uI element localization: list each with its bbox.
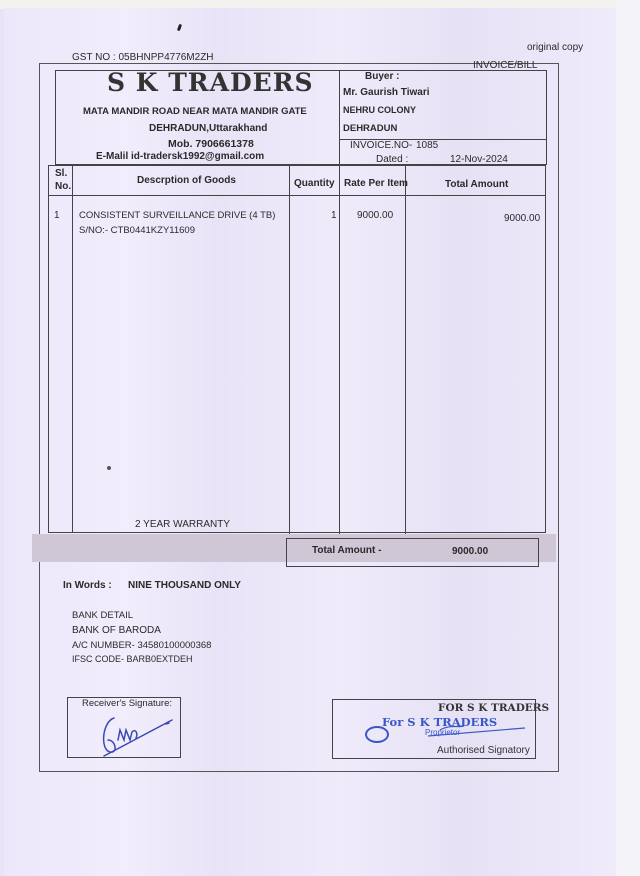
row-quantity: 1 (331, 210, 337, 221)
header-quantity: Quantity (294, 178, 335, 189)
header-rate: Rate Per Item (344, 178, 408, 189)
ink-dot (107, 466, 111, 470)
seller-mobile: Mob. 7906661378 (168, 138, 254, 150)
receiver-signature-label: Receiver's Signature: (82, 698, 172, 709)
authorised-signatory-label: Authorised Signatory (437, 745, 530, 756)
bank-name: BANK OF BARODA (72, 625, 161, 636)
in-words-label: In Words : (63, 580, 112, 591)
row-description: CONSISTENT SURVEILLANCE DRIVE (4 TB) (79, 210, 275, 221)
col-divider-qty (339, 165, 340, 534)
col-divider-rate (405, 165, 406, 534)
bank-account: A/C NUMBER- 34580100000368 (72, 640, 211, 651)
table-right-border (545, 165, 546, 533)
header-sl-1: Sl. (55, 168, 67, 179)
for-company-label: FOR S K TRADERS (438, 702, 549, 714)
buyer-name: Mr. Gaurish Tiwari (343, 87, 430, 98)
scan-right-edge (616, 0, 640, 876)
header-description: Descrption of Goods (137, 175, 236, 186)
table-header-divider (48, 195, 545, 196)
original-copy-label: original copy (527, 42, 583, 53)
warranty-note: 2 YEAR WARRANTY (135, 519, 230, 530)
gst-number: GST NO : 05BHNPP4776M2ZH (72, 52, 214, 63)
total-value: 9000.00 (452, 546, 488, 557)
in-words-value: NINE THOUSAND ONLY (128, 580, 241, 591)
receiver-signature-scribble (92, 710, 177, 765)
buyer-address: NEHRU COLONY (343, 105, 416, 115)
invoice-date-label: Dated : (376, 154, 408, 165)
company-signature-scribble (420, 718, 530, 740)
invoice-number: 1085 (416, 140, 438, 151)
header-total: Total Amount (445, 179, 508, 190)
col-divider-sl (72, 165, 73, 532)
seller-address: MATA MANDIR ROAD NEAR MATA MANDIR GATE (83, 106, 307, 117)
company-stamp-logo-icon (365, 726, 389, 743)
col-divider-desc (289, 165, 290, 534)
seller-name: S K TRADERS (107, 68, 314, 97)
seller-email: E-Malil id-tradersk1992@gmail.com (96, 151, 264, 162)
buyer-label: Buyer : (365, 71, 399, 82)
seller-city: DEHRADUN,Uttarakhand (149, 123, 267, 134)
invoice-number-label: INVOICE.NO- (350, 140, 412, 151)
header-divider (339, 70, 340, 165)
row-total: 9000.00 (504, 213, 540, 224)
invoice-date: 12-Nov-2024 (450, 154, 508, 165)
row-sl: 1 (54, 210, 60, 221)
header-sl-2: No. (55, 181, 71, 192)
total-label: Total Amount - (312, 545, 381, 556)
row-rate: 9000.00 (357, 210, 393, 221)
row-serial: S/NO:- CTB0441KZY11609 (79, 225, 195, 236)
buyer-city: DEHRADUN (343, 123, 397, 134)
bank-title: BANK DETAIL (72, 610, 133, 621)
bank-ifsc: IFSC CODE- BARB0EXTDEH (72, 654, 193, 664)
